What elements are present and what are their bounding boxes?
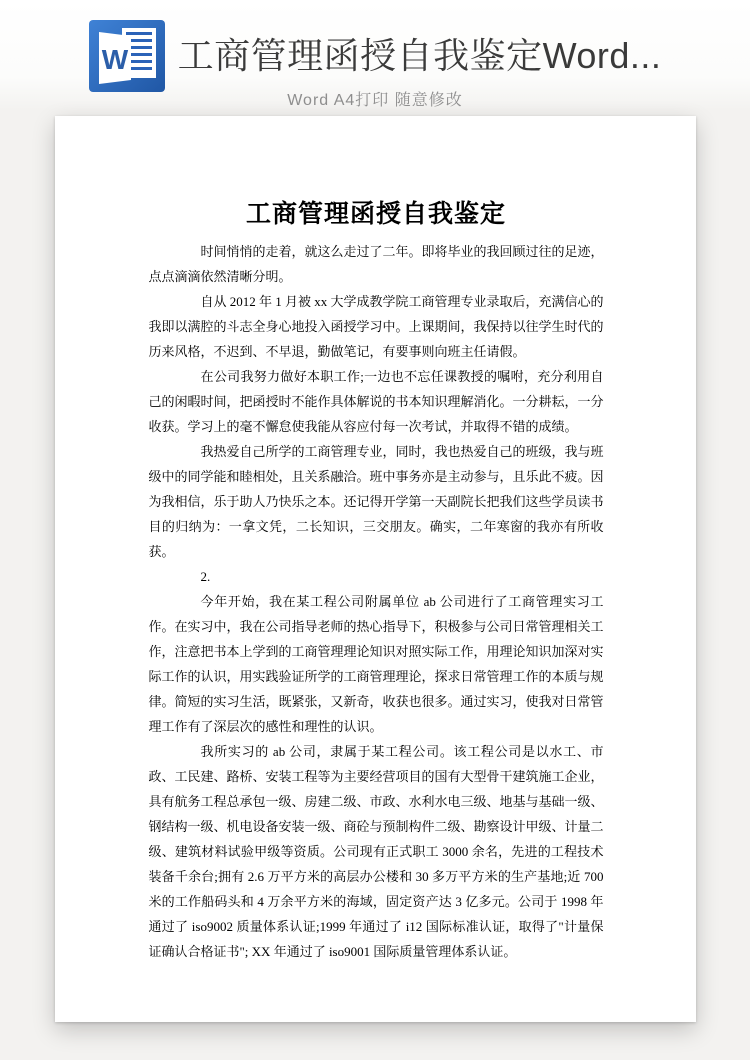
document-paragraph: 2.	[149, 564, 604, 589]
document-paragraph: 我所实习的 ab 公司，隶属于某工程公司。该工程公司是以水工、市政、工民建、路桥…	[149, 739, 604, 964]
word-icon-graphic: W	[89, 20, 165, 92]
template-title: 工商管理函授自我鉴定Word...	[178, 28, 662, 79]
header-title-row: W 工商管理函授自我鉴定Word...	[0, 21, 750, 85]
document-paragraph: 我热爱自己所学的工商管理专业，同时，我也热爱自己的班级，我与班级中的同学能和睦相…	[149, 439, 604, 564]
document-paragraph: 今年开始，我在某工程公司附属单位 ab 公司进行了工商管理实习工作。在实习中，我…	[149, 589, 604, 739]
document-title: 工商管理函授自我鉴定	[149, 194, 604, 236]
document-body: 时间悄悄的走着，就这么走过了二年。即将毕业的我回顾过往的足迹，点点滴滴依然清晰分…	[149, 239, 604, 964]
document-paragraph: 自从 2012 年 1 月被 xx 大学成教学院工商管理专业录取后，充满信心的我…	[149, 289, 604, 364]
document-page: 工商管理函授自我鉴定 时间悄悄的走着，就这么走过了二年。即将毕业的我回顾过往的足…	[55, 116, 696, 1022]
preview-header: W 工商管理函授自我鉴定Word... Word A4打印 随意修改	[0, 0, 750, 110]
document-paragraph: 在公司我努力做好本职工作;一边也不忘任课教授的嘱咐，充分利用自己的闲暇时间，把函…	[149, 364, 604, 439]
word-icon: W	[89, 20, 165, 92]
word-icon-letter: W	[101, 44, 128, 75]
page-area: 工商管理函授自我鉴定 时间悄悄的走着，就这么走过了二年。即将毕业的我回顾过往的足…	[0, 110, 750, 1022]
document-paragraph: 时间悄悄的走着，就这么走过了二年。即将毕业的我回顾过往的足迹，点点滴滴依然清晰分…	[149, 239, 604, 289]
